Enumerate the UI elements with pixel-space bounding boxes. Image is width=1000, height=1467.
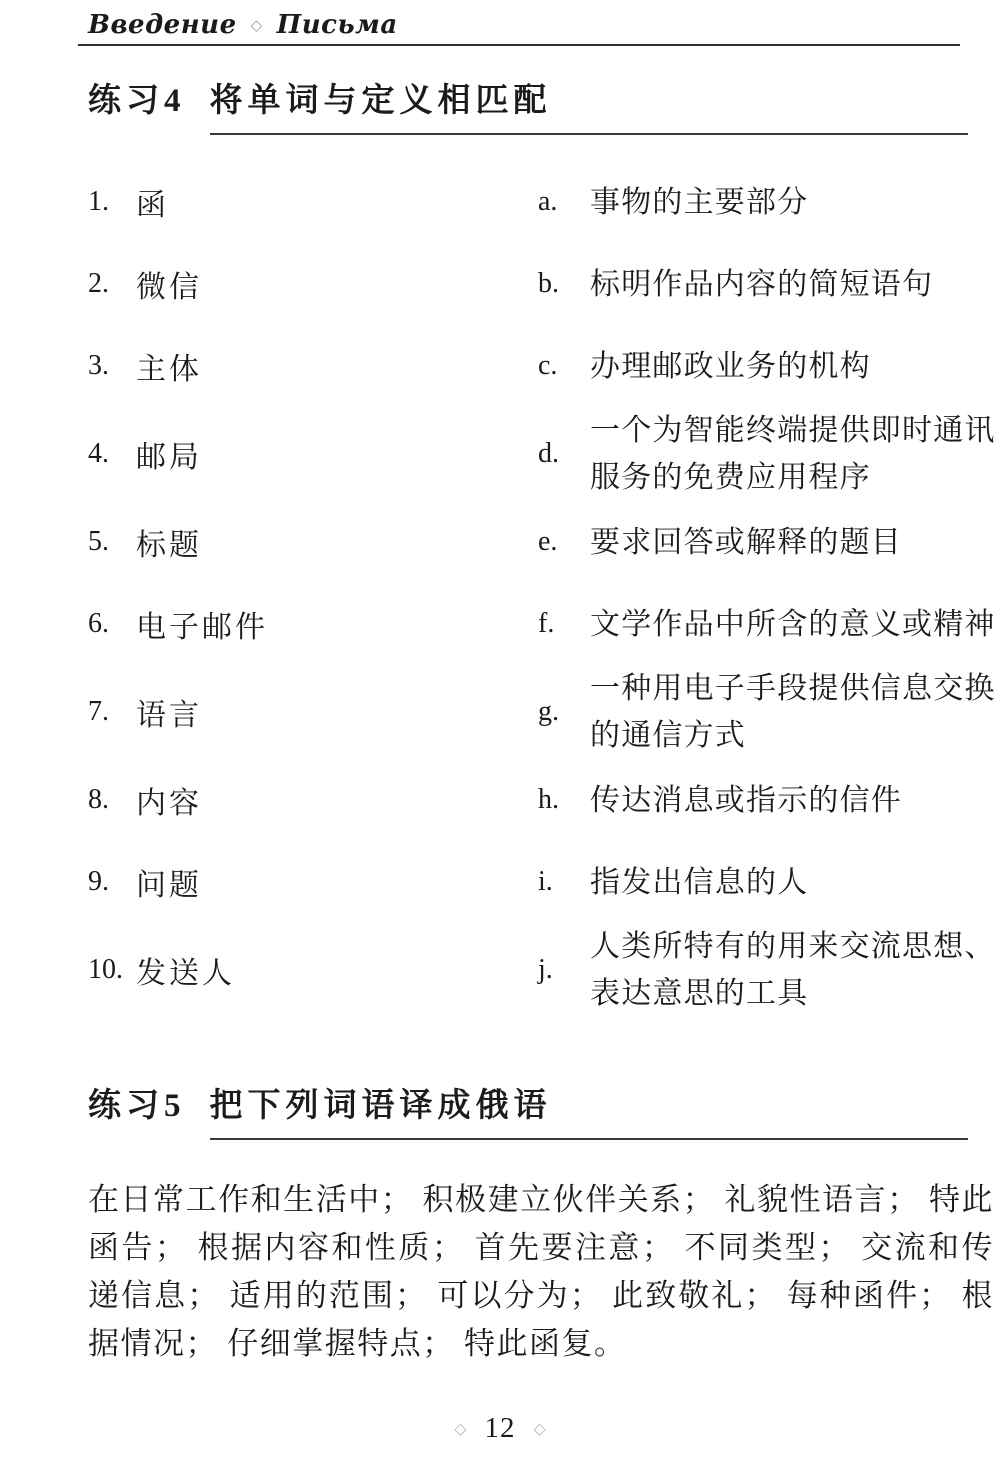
option-definition: 一个为智能终端提供即时通讯服务的免费应用程序 (590, 407, 996, 501)
item-number: 7. (88, 696, 136, 728)
matching-exercise: 1. 函 a. 事物的主要部分 2. 微信 b. 标明作品内容的简短语句 3. … (88, 161, 990, 1017)
option-letter: e. (538, 526, 590, 558)
exercise5-label: 练习5 (88, 1079, 186, 1126)
item-number: 8. (88, 784, 136, 816)
page-footer: ◇ 12 ◇ (0, 1412, 1000, 1445)
item-number: 1. (88, 186, 136, 218)
exercise4-title: 将单词与定义相匹配 (210, 74, 969, 135)
option-letter: i. (538, 866, 590, 898)
option-definition: 传达消息或指示的信件 (590, 777, 996, 824)
match-row-6: 6. 电子邮件 f. 文学作品中所含的意义或精神 (88, 583, 990, 665)
exercise5-phrase-list: 在日常工作和生活中； 积极建立伙伴关系； 礼貌性语言； 特此函告； 根据内容和性… (88, 1176, 994, 1368)
option-letter: c. (538, 350, 590, 382)
match-row-7: 7. 语言 g. 一种用电子手段提供信息交换的通信方式 (88, 665, 990, 759)
exercise4-label: 练习4 (88, 74, 186, 121)
option-letter: j. (538, 954, 590, 986)
item-word: 发送人 (136, 948, 538, 992)
diamond-icon: ◇ (534, 1419, 546, 1439)
match-row-2: 2. 微信 b. 标明作品内容的简短语句 (88, 243, 990, 325)
item-word: 微信 (136, 262, 538, 306)
match-row-3: 3. 主体 c. 办理邮政业务的机构 (88, 325, 990, 407)
running-head-chapter: Письма (277, 10, 398, 40)
diamond-icon: ◇ (454, 1419, 466, 1439)
header-rule (78, 44, 960, 46)
scanned-textbook-page: Введение ◇ Письма 练习4 将单词与定义相匹配 1. 函 a. … (0, 0, 1000, 1467)
match-row-10: 10. 发送人 j. 人类所特有的用来交流思想、表达意思的工具 (88, 923, 990, 1017)
option-letter: b. (538, 268, 590, 300)
item-word: 邮局 (136, 432, 538, 476)
option-letter: g. (538, 696, 590, 728)
item-word: 标题 (136, 520, 538, 564)
exercise5-heading: 练习5 把下列词语译成俄语 (88, 1079, 990, 1140)
page-number: 12 (485, 1412, 516, 1445)
item-number: 4. (88, 438, 136, 470)
option-letter: f. (538, 608, 590, 640)
option-definition: 指发出信息的人 (590, 859, 996, 906)
option-definition: 文学作品中所含的意义或精神 (590, 601, 996, 648)
item-number: 2. (88, 268, 136, 300)
item-number: 3. (88, 350, 136, 382)
item-number: 10. (88, 954, 136, 986)
item-word: 问题 (136, 860, 538, 904)
match-row-5: 5. 标题 e. 要求回答或解释的题目 (88, 501, 990, 583)
option-definition: 办理邮政业务的机构 (590, 343, 996, 390)
match-row-8: 8. 内容 h. 传达消息或指示的信件 (88, 759, 990, 841)
item-word: 函 (136, 180, 538, 224)
item-number: 9. (88, 866, 136, 898)
match-row-1: 1. 函 a. 事物的主要部分 (88, 161, 990, 243)
match-row-9: 9. 问题 i. 指发出信息的人 (88, 841, 990, 923)
running-head-section: Введение (88, 10, 237, 40)
diamond-icon: ◇ (251, 16, 263, 34)
option-definition: 标明作品内容的简短语句 (590, 261, 996, 308)
option-definition: 事物的主要部分 (590, 179, 996, 226)
match-row-4: 4. 邮局 d. 一个为智能终端提供即时通讯服务的免费应用程序 (88, 407, 990, 501)
option-letter: h. (538, 784, 590, 816)
item-word: 主体 (136, 344, 538, 388)
exercise5-title: 把下列词语译成俄语 (210, 1079, 969, 1140)
exercise4-heading: 练习4 将单词与定义相匹配 (88, 74, 990, 135)
option-letter: a. (538, 186, 590, 218)
option-letter: d. (538, 438, 590, 470)
option-definition: 要求回答或解释的题目 (590, 519, 996, 566)
running-head: Введение ◇ Письма (88, 10, 990, 44)
item-word: 内容 (136, 778, 538, 822)
item-number: 6. (88, 608, 136, 640)
item-word: 电子邮件 (136, 602, 538, 646)
item-number: 5. (88, 526, 136, 558)
option-definition: 人类所特有的用来交流思想、表达意思的工具 (590, 923, 996, 1017)
item-word: 语言 (136, 690, 538, 734)
option-definition: 一种用电子手段提供信息交换的通信方式 (590, 665, 996, 759)
